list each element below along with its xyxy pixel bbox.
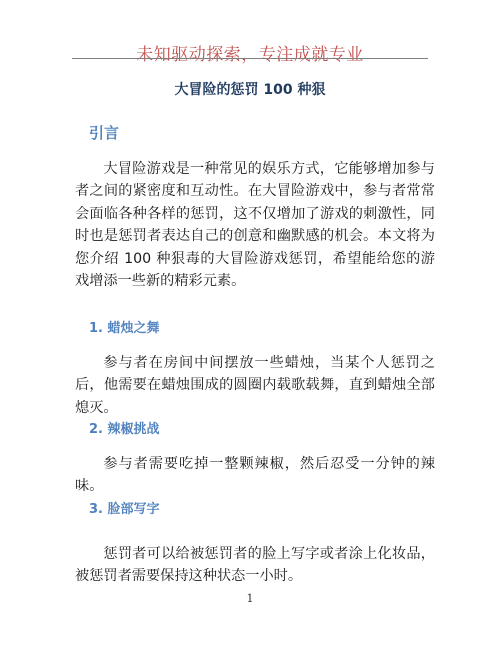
section-body-2: 参与者需要吃掉一整颗辣椒，然后忍受一分钟的辣味。 [75, 453, 435, 498]
page-number: 1 [0, 592, 500, 605]
header-divider [72, 58, 428, 59]
header-slogan: 未知驱动探索，专注成就专业 [72, 40, 428, 65]
section-body-3: 惩罚者可以给被惩罚者的脸上写字或者涂上化妆品，被惩罚者需要保持这种状态一小时。 [75, 543, 435, 588]
document-title: 大冒险的惩罚 100 种狠 [0, 79, 500, 99]
section-heading-intro: 引言 [89, 122, 119, 143]
section-heading-3: 3. 脸部写字 [89, 498, 160, 517]
section-heading-1: 1. 蜡烛之舞 [89, 317, 160, 336]
section-body-1: 参与者在房间中间摆放一些蜡烛，当某个人惩罚之后，他需要在蜡烛围成的圆圈内载歌载舞… [75, 352, 435, 419]
section-body-intro: 大冒险游戏是一种常见的娱乐方式，它能够增加参与者之间的紧密度和互动性。在大冒险游… [75, 158, 435, 292]
section-heading-2: 2. 辣椒挑战 [89, 418, 160, 437]
